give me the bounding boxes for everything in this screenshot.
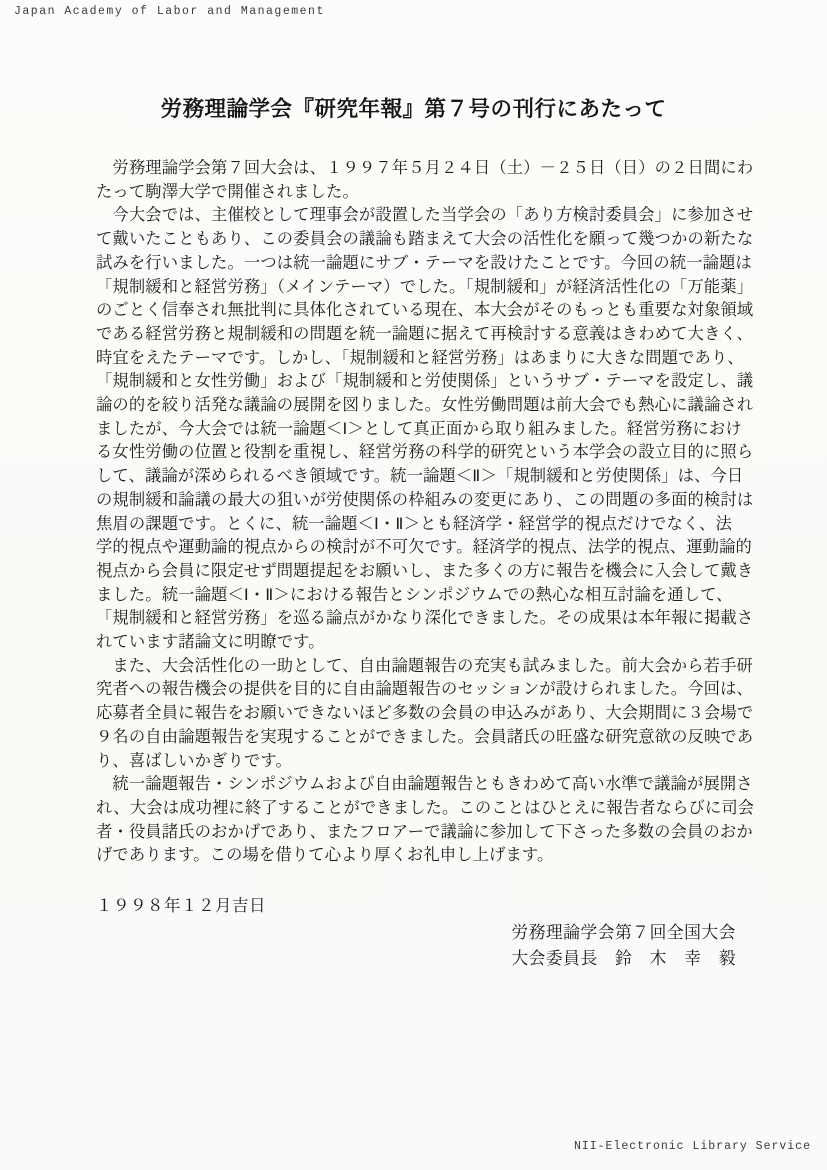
- scan-header-label: Japan Academy of Labor and Management: [14, 5, 325, 18]
- text-line: 者・役員諸氏のおかげであり、またフロアーで議論に参加して下さった多数の会員のおか: [96, 820, 738, 844]
- text-line: ９名の自由論題報告を実現することができました。会員諸氏の旺盛な研究意欲の反映であ: [96, 725, 738, 749]
- text-line: り、喜ばしいかぎりです。: [96, 749, 738, 773]
- text-line: 究者への報告機会の提供を目的に自由論題報告のセッションが設けられました。今回は、: [96, 677, 738, 701]
- paragraph: 統一論題報告・シンポジウムおよび自由論題報告ともきわめて高い水準で議論が展開され…: [96, 772, 738, 867]
- text-line: の規制緩和論議の最大の狙いが労使関係の枠組みの変更にあり、この問題の多面的検討は: [96, 488, 738, 512]
- text-line: て戴いたこともあり、この委員会の議論も踏まえて大会の活性化を願って幾つかの新たな: [96, 227, 738, 251]
- text-line: 「規制緩和と経営労務」を巡る論点がかなり深化できました。その成果は本年報に掲載さ: [96, 606, 738, 630]
- text-line: また、大会活性化の一助として、自由論題報告の充実も試みました。前大会から若手研: [96, 654, 738, 678]
- scanned-page: Japan Academy of Labor and Management 労務…: [0, 0, 827, 1170]
- page-title: 労務理論学会『研究年報』第７号の刊行にあたって: [0, 92, 827, 123]
- text-line: 学的視点や運動論的視点からの検討が不可欠です。経済学的視点、法学的視点、運動論的: [96, 535, 738, 559]
- signature-organization: 労務理論学会第７回全国大会: [96, 919, 736, 945]
- text-line: げであります。この場を借りて心より厚くお礼申し上げます。: [96, 843, 738, 867]
- text-line: れ、大会は成功裡に終了することができました。このことはひとえに報告者ならびに司会: [96, 796, 738, 820]
- text-line: 論の的を絞り活発な議論の展開を図りました。女性労働問題は前大会でも熱心に議論され: [96, 393, 738, 417]
- text-line: のごとく信奉され無批判に具体化されている現在、本大会がそのもっとも重要な対象領域: [96, 298, 738, 322]
- text-line: 「規制緩和と女性労働」および「規制緩和と労使関係」というサブ・テーマを設定し、議: [96, 369, 738, 393]
- text-line: 統一論題報告・シンポジウムおよび自由論題報告ともきわめて高い水準で議論が展開さ: [96, 772, 738, 796]
- paragraph: 今大会では、主催校として理事会が設置した当学会の「あり方検討委員会」に参加させて…: [96, 203, 738, 653]
- scan-footer-label: NII-Electronic Library Service: [574, 1140, 811, 1153]
- text-line: 「規制緩和と経営労務」（メインテーマ）でした。「規制緩和」が経済活性化の「万能薬…: [96, 275, 738, 299]
- text-line: たって駒澤大学で開催されました。: [96, 180, 738, 204]
- text-line: 焦眉の課題です。とくに、統一論題＜Ⅰ・Ⅱ＞とも経済学・経営学的視点だけでなく、法: [96, 512, 738, 536]
- text-line: 時宜をえたテーマです。しかし、「規制緩和と経営労務」はあまりに大きな問題であり、: [96, 346, 738, 370]
- text-line: る女性労働の位置と役割を重視し、経営労務の科学的研究という本学会の設立目的に照ら: [96, 440, 738, 464]
- signature-block: 労務理論学会第７回全国大会 大会委員長 鈴 木 幸 毅: [96, 919, 738, 971]
- text-line: 視点から会員に限定せず問題提起をお願いし、また多くの方に報告を機会に入会して戴き: [96, 559, 738, 583]
- paragraph: また、大会活性化の一助として、自由論題報告の充実も試みました。前大会から若手研究…: [96, 654, 738, 773]
- text-line: 試みを行いました。一つは統一論題にサブ・テーマを設けたことです。今回の統一論題は: [96, 251, 738, 275]
- text-line: して、議論が深められるべき領域です。統一論題＜Ⅱ＞「規制緩和と労使関係」は、今日: [96, 464, 738, 488]
- text-line: ました。統一論題＜Ⅰ・Ⅱ＞における報告とシンポジウムでの熱心な相互討論を通して、: [96, 583, 738, 607]
- text-line: れています諸論文に明瞭です。: [96, 630, 738, 654]
- text-line: 応募者全員に報告をお願いできないほど多数の会員の申込みがあり、大会期間に３会場で: [96, 701, 738, 725]
- text-line: 労務理論学会第７回大会は、１９９７年５月２４日（土）－２５日（日）の２日間にわ: [96, 156, 738, 180]
- document-body: 労務理論学会第７回大会は、１９９７年５月２４日（土）－２５日（日）の２日間にわた…: [96, 156, 738, 971]
- paragraph: 労務理論学会第７回大会は、１９９７年５月２４日（土）－２５日（日）の２日間にわた…: [96, 156, 738, 203]
- text-line: である経営労務と規制緩和の問題を統一論題に据えて再検討する意義はきわめて大きく、: [96, 322, 738, 346]
- signature-chairperson: 大会委員長 鈴 木 幸 毅: [96, 945, 736, 971]
- text-line: 今大会では、主催校として理事会が設置した当学会の「あり方検討委員会」に参加させ: [96, 203, 738, 227]
- date-line: １９９８年１２月吉日: [96, 892, 738, 916]
- text-line: ましたが、今大会では統一論題＜Ⅰ＞として真正面から取り組みました。経営労務におけ: [96, 417, 738, 441]
